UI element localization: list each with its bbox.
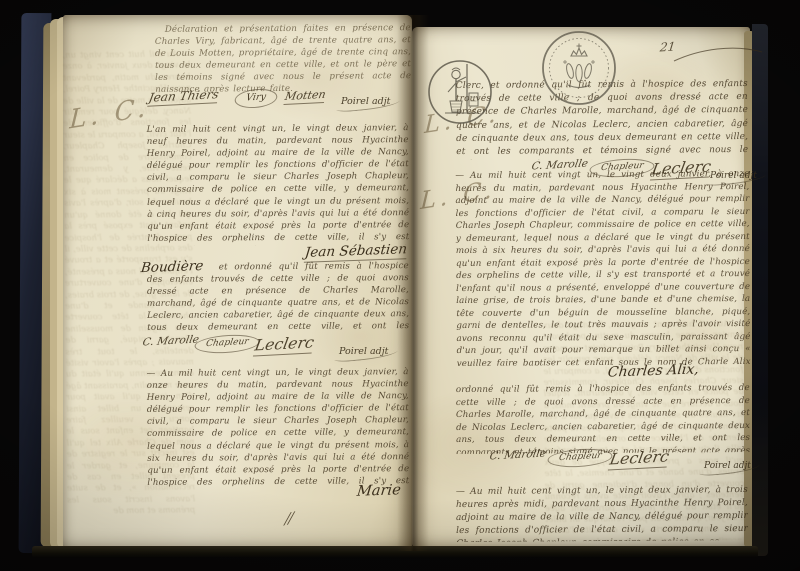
child-name-charles-alix: Charles Alix, (607, 361, 700, 380)
act-third-start-text: — Au mil huit cent vingt un, le vingt de… (456, 484, 748, 542)
signature-row: C. Marolle Chapleur Leclerc Poirel adjt (63, 335, 412, 369)
signature-leclerc: Leclerc (650, 157, 713, 180)
child-name-marie: Marie (356, 482, 402, 500)
signature-marolle: C. Marolle (489, 448, 547, 463)
register-photo: — Au mil huit cent vingt un, le vingt de… (0, 0, 800, 571)
signature-leclerc: Leclerc (608, 447, 671, 470)
signature-poirel-adjoint: Poirel adjt (341, 96, 391, 107)
signature-chapleur: Chapleur (193, 333, 261, 354)
act-boudiere-body-text: L'an mil huit cent vingt un, le vingt de… (147, 122, 410, 246)
signature-row: Jean Thiers Viry Motten Poirel adjt (63, 89, 412, 123)
previous-act-closing-text: Déclaration et présentation faites en pr… (155, 22, 411, 92)
right-page: — Au mil huit cent vingt un, le vingt de… (412, 27, 750, 549)
signature-row: C. Marolle Chapleur Leclerc Poirel adjt (412, 449, 750, 483)
act-marie-body-text: — Au mil huit cent vingt un, le vingt de… (147, 366, 410, 488)
signature-chapleur: Chapleur (546, 447, 614, 468)
crowned-seal-stamp-icon (540, 29, 618, 107)
signature-marolle: C. Marolle (531, 158, 589, 173)
act-separator-mark: // (284, 510, 294, 528)
signature-chapleur: Chapleur (588, 157, 656, 178)
signature-row: C. Marolle Chapleur Leclerc Poirel adjt (412, 159, 750, 193)
signature-poirel-adjoint: Poirel adjt (704, 461, 751, 471)
pen-flourish-line (672, 41, 764, 65)
child-name-jean-sebastien: Jean Sébastien (304, 241, 408, 263)
signature-viry: Viry (233, 88, 278, 109)
signature-poirel-adjoint: Poirel adjt (339, 346, 389, 357)
book-cover-right (752, 24, 768, 556)
child-name-boudiere: Boudière (140, 258, 204, 276)
signature-poirel-adjoint: Poirel adjt (710, 171, 757, 181)
signature-motten: Motten (283, 88, 326, 105)
act-alix-body-text: — Au mil huit cent vingt un, le vingt de… (455, 168, 750, 366)
signature-leclerc: Leclerc (253, 333, 316, 356)
left-page: — Au mil huit cent vingt un, le vingt de… (63, 15, 412, 551)
signature-jean-thiers: Jean Thiers (147, 87, 220, 107)
standing-figure-timbre-stamp-icon (425, 57, 495, 127)
book-bottom-edge (32, 546, 758, 558)
signature-marolle: C. Marolle (142, 334, 200, 349)
act-alix-closing-text: ordonné qu'il fût remis à l'hospice des … (456, 382, 750, 454)
